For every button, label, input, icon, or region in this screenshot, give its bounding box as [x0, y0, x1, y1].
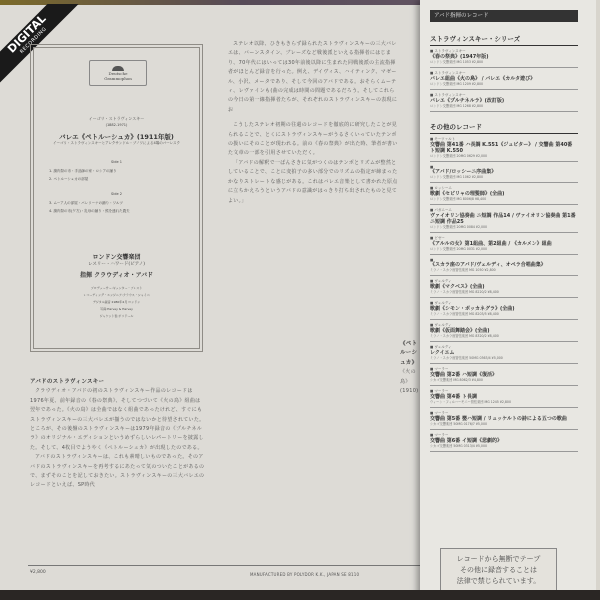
section-subheading: 《火の鳥》(1910) [400, 368, 418, 396]
catalog-entry: ヴェルディ歌劇《マクベス》(全曲)ミラノ・スカラ座管弦楽団 MG 8220/2 … [430, 276, 578, 298]
credit-line: レコーディング・エンジニア:クラウス・シャイベ [34, 293, 199, 297]
manufacturer-line: MANUFACTURED BY POLYDOR K.K., JAPAN SE 8… [250, 572, 359, 577]
catalog-entry: ヴェルディ歌劇《仮面舞踏会》(全曲)ミラノ・スカラ座管弦楽団 MG 8320/2… [430, 320, 578, 342]
paragraph: 「アバドの解釈で一ばんさきに気がつくのはテンポとリズムが整然としていることで、こ… [228, 159, 398, 206]
copyright-notice: レコードから無断でテープ その他に録音することは 法律で禁じられています。 [440, 548, 557, 592]
composer-name: イーゴリ・ストラヴィンスキー [34, 116, 199, 122]
entry-detail: ロンドン交響楽団 MG 1268 ¥2,800 [430, 104, 578, 108]
entry-detail: シカゴ交響楽団 MG 8062/3 ¥4,800 [430, 378, 578, 382]
entry-detail: ロンドン交響楽団 MG 1062 ¥2,800 [430, 175, 578, 179]
entry-detail: シカゴ交響楽団 50MG 0176/7 ¥5,000 [430, 422, 578, 426]
section-heading: アバドのストラヴィンスキー [30, 378, 205, 387]
side-2-label: Side 2 [34, 192, 199, 196]
entry-detail: ミラノ・スカラ座管弦楽団 50MG 0363/4 ¥5,000 [430, 356, 578, 360]
entry-detail: ミラノ・スカラ座管弦楽団 MG 8320/2 ¥8,400 [430, 334, 578, 338]
credit-line: プロデューサー:ギュンター・ブレスト [34, 286, 199, 290]
series-title: ストラヴィンスキー・シリーズ [430, 22, 578, 46]
track: 3. ムーア人の部屋・バレリーナの踊り・ワルツ [49, 201, 123, 206]
work-subtitle: イーゴリ・ストラヴィンスキーとアレクサンドル・ブノワによる4場のバーレスク [34, 141, 199, 146]
entry-detail: ミラノ・スカラ座管弦楽団 MG 8203/5 ¥8,400 [430, 312, 578, 316]
credit-line: ジャケット表:ポリドール [34, 314, 199, 318]
record-sleeve-back: DIGITALRECORDING Deutsche Grammophon イーゴ… [0, 0, 600, 600]
obi-strip: アバド指揮のレコード ストラヴィンスキー・シリーズ ストラヴィンスキー《春の祭典… [420, 0, 596, 600]
catalog-entry: モーツァルト交響曲 第41番 ハ長調 K.551《ジュピター》 / 交響曲 第4… [430, 134, 578, 162]
catalog-entry: ヴェルディ歌劇《シモン・ボッカネグラ》(全曲)ミラノ・スカラ座管弦楽団 MG 8… [430, 298, 578, 320]
catalog-entry: ストラヴィンスキーバレエ組曲《火の鳥》 / バレエ《カルタ遊び》ロンドン交響楽団… [430, 68, 578, 90]
series-list: ストラヴィンスキー《春の祭典》(1947年版)ロンドン交響楽団 MG 1053 … [430, 46, 578, 112]
obi-header: アバド指揮のレコード [430, 10, 578, 22]
catalog-entry: ヴェルディレクイエムミラノ・スカラ座管弦楽団 50MG 0363/4 ¥5,00… [430, 342, 578, 364]
entry-detail: ロンドン交響楽団 MG 1209 ¥2,800 [430, 82, 578, 86]
front-credits-frame: Deutsche Grammophon イーゴリ・ストラヴィンスキー (1882… [33, 47, 200, 349]
catalog-entry: マーラー交響曲 第5番 嬰ハ短調 / リュッケルトの詩による五つの歌曲シカゴ交響… [430, 408, 578, 430]
entry-detail: ミラノ・スカラ座管弦楽団 MG 8220/2 ¥8,400 [430, 290, 578, 294]
catalog-entry: マーラー交響曲 第2番 ハ短調《復活》シカゴ交響楽団 MG 8062/3 ¥4,… [430, 364, 578, 386]
catalog-entry: 《アバド/ロッシーニ序曲集》ロンドン交響楽団 MG 1062 ¥2,800 [430, 162, 578, 183]
catalog-entry: ストラヴィンスキー《春の祭典》(1947年版)ロンドン交響楽団 MG 1053 … [430, 46, 578, 68]
orchestra: ロンドン交響楽団 [34, 252, 199, 261]
catalog-entry: パガニーニヴァイオリン協奏曲 ニ短調 作品14 / ヴァイオリン協奏曲 第1番 … [430, 205, 578, 233]
track: 1. 謝肉祭の市・手品師の家・ロシアの踊り [49, 169, 116, 174]
entry-detail: ロンドン交響楽団 20MG 0629 ¥2,000 [430, 154, 578, 158]
paragraph: ステレオ以降、ひきもきらず録られたストラヴィンスキーの三大バレエは、バーンスタイ… [228, 40, 398, 115]
catalog-entry: ロッシーニ歌劇《セビリャの理髪師》(全曲)ロンドン交響楽団 MG 8006/8 … [430, 183, 578, 205]
entry-detail: ロンドン交響楽団 MG 1053 ¥2,800 [430, 60, 578, 64]
track: 4. 謝肉祭の市(夕方)・乳母の踊り・熊を連れた農夫 [49, 209, 130, 214]
deutsche-grammophon-logo: Deutsche Grammophon [89, 60, 147, 86]
catalog-entry: ビゼー《アルルの女》第1組曲、第2組曲 / 《カルメン》組曲ロンドン交響楽団 2… [430, 233, 578, 255]
entry-detail: ロンドン交響楽団 20MG 0031 ¥2,000 [430, 247, 578, 251]
entry-detail: ミラノ・スカラ座管弦楽団 MG 1050 ¥2,800 [430, 268, 578, 272]
footer-rule [28, 565, 423, 566]
conductor: 指揮 クラウディオ・アバド [34, 270, 199, 279]
entry-detail: ロンドン交響楽団 MG 8006/8 ¥8,400 [430, 197, 578, 201]
catalog-entry: ストラヴィンスキーバレエ《プルチネルラ》(改訂版)ロンドン交響楽団 MG 126… [430, 90, 578, 112]
price: ¥2,800 [30, 570, 46, 575]
credit-line: デジタル録音:1980年4月 ロンドン [34, 300, 199, 304]
others-list: モーツァルト交響曲 第41番 ハ長調 K.551《ジュピター》 / 交響曲 第4… [430, 134, 578, 452]
entry-title: 交響曲 第41番 ハ長調 K.551《ジュピター》 / 交響曲 第40番 ト短調… [430, 142, 578, 154]
paragraph: こうしたステレオ初期の往還のレコードを徹底的に研究したことが見られることで、とく… [228, 121, 398, 159]
catalog-entry: マーラー交響曲 第4番 ト長調ウィーン・フィルハーモニー管弦楽団 MG 1245… [430, 386, 578, 408]
entry-detail: シカゴ交響楽団 50MG 0313/4 ¥5,000 [430, 444, 578, 448]
entry-title: ヴァイオリン協奏曲 ニ短調 作品14 / ヴァイオリン協奏曲 第1番 ニ短調 作… [430, 213, 578, 225]
others-title: その他のレコード [430, 112, 578, 134]
liner-notes-column-2: ステレオ以降、ひきもきらず録られたストラヴィンスキーの三大バレエは、バーンスタイ… [228, 40, 398, 206]
paragraph: クラウディオ・アバドの初のストラヴィンスキー作品のレコードは1976年夏、前年録… [30, 387, 205, 453]
catalog-entry: 《スカラ座のアバド/ヴェルディ、オペラ合唱曲集》ミラノ・スカラ座管弦楽団 MG … [430, 255, 578, 276]
obi-fold [596, 0, 600, 600]
liner-notes-column-1: アバドのストラヴィンスキー クラウディオ・アバドの初のストラヴィンスキー作品のレ… [30, 378, 205, 491]
work-title: バレエ《ペトルーシュカ》(1911年版) [34, 132, 199, 141]
soloist: レスリー・ハワード(ピアノ) [34, 261, 199, 267]
entry-detail: ロンドン交響楽団 20MG 0084 ¥2,000 [430, 225, 578, 229]
liner-notes-column-3: 《ペトルーシュカ》 《火の鳥》(1910) [400, 40, 418, 396]
track: 2. ペトルーシュカの部屋 [49, 177, 88, 182]
catalog-entry: マーラー交響曲 第6番 イ短調《悲劇的》シカゴ交響楽団 50MG 0313/4 … [430, 430, 578, 452]
paragraph: アバドのストラヴィンスキーは、これも素晴しいものであった。そのアバドのストラヴィ… [30, 453, 205, 491]
credit-line: 写真:Harvey & Harvey [34, 307, 199, 311]
entry-detail: ウィーン・フィルハーモニー管弦楽団 MG 1245 ¥2,800 [430, 400, 578, 404]
composer-dates: (1882-1971) [34, 123, 199, 127]
section-heading: 《ペトルーシュカ》 [400, 340, 418, 368]
side-1-label: Side 1 [34, 160, 199, 164]
